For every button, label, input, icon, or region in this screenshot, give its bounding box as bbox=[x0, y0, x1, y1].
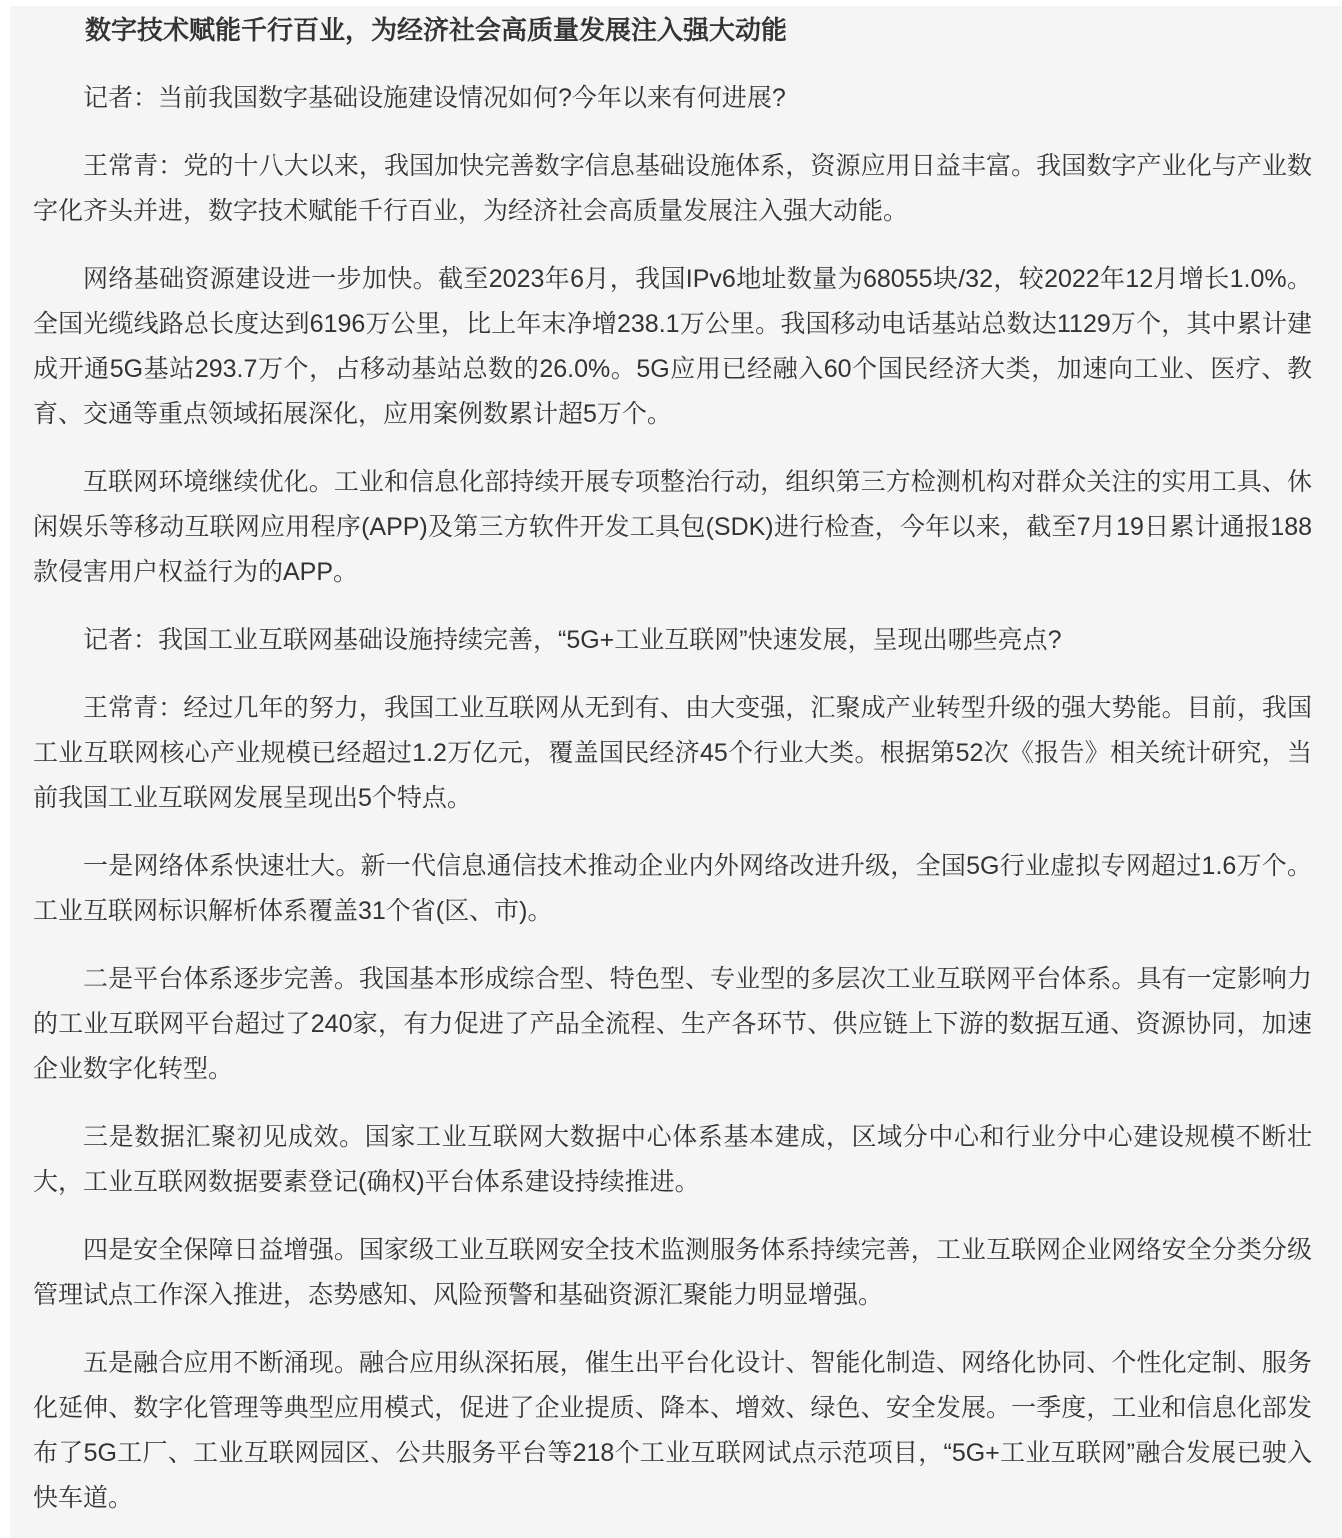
article-body: 数字技术赋能千行百业，为经济社会高质量发展注入强大动能 记者：当前我国数字基础设… bbox=[33, 8, 1312, 1521]
paragraph-network-infrastructure: 网络基础资源建设进一步加快。截至2023年6月，我国IPv6地址数量为68055… bbox=[33, 257, 1312, 437]
paragraph-point-3-data-aggregation: 三是数据汇聚初见成效。国家工业互联网大数据中心体系基本建成，区域分中心和行业分中… bbox=[33, 1115, 1312, 1205]
paragraph-reporter-question-1: 记者：当前我国数字基础设施建设情况如何?今年以来有何进展? bbox=[33, 76, 1312, 121]
paragraph-point-4-security: 四是安全保障日益增强。国家级工业互联网安全技术监测服务体系持续完善，工业互联网企… bbox=[33, 1228, 1312, 1318]
paragraph-reporter-question-2: 记者：我国工业互联网基础设施持续完善，“5G+工业互联网”快速发展，呈现出哪些亮… bbox=[33, 618, 1312, 663]
paragraph-point-5-integrated-applications: 五是融合应用不断涌现。融合应用纵深拓展，催生出平台化设计、智能化制造、网络化协同… bbox=[33, 1341, 1312, 1521]
article-title: 数字技术赋能千行百业，为经济社会高质量发展注入强大动能 bbox=[33, 8, 1312, 53]
paragraph-answer-overview: 王常青：党的十八大以来，我国加快完善数字信息基础设施体系，资源应用日益丰富。我国… bbox=[33, 144, 1312, 234]
paragraph-internet-environment: 互联网环境继续优化。工业和信息化部持续开展专项整治行动，组织第三方检测机构对群众… bbox=[33, 460, 1312, 595]
paragraph-answer-industrial-internet: 王常青：经过几年的努力，我国工业互联网从无到有、由大变强，汇聚成产业转型升级的强… bbox=[33, 686, 1312, 821]
paragraph-point-1-network-system: 一是网络体系快速壮大。新一代信息通信技术推动企业内外网络改进升级，全国5G行业虚… bbox=[33, 844, 1312, 934]
paragraph-point-2-platform-system: 二是平台体系逐步完善。我国基本形成综合型、特色型、专业型的多层次工业互联网平台体… bbox=[33, 957, 1312, 1092]
article-page: 数字技术赋能千行百业，为经济社会高质量发展注入强大动能 记者：当前我国数字基础设… bbox=[10, 6, 1342, 1538]
